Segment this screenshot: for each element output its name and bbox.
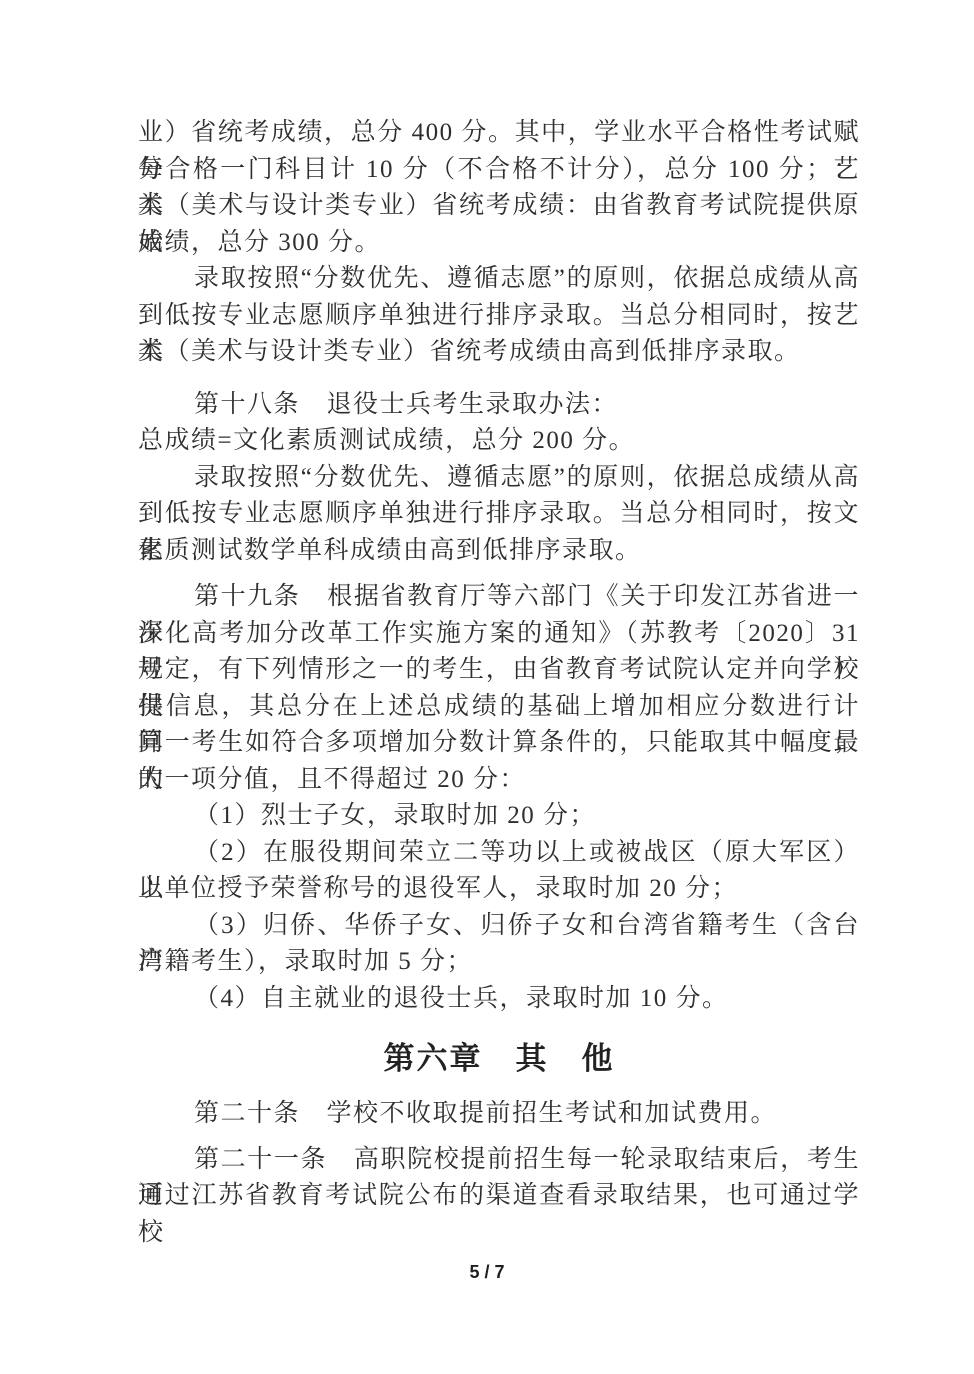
paragraph: 录取按照“分数优先、遵循志愿”的原则，依据总成绩从高到低按专业志愿顺序单独进行排… <box>138 261 860 371</box>
text-line: 第十八条 退役士兵考生录取办法： <box>138 387 860 424</box>
paragraph: 业）省统考成绩，总分 400 分。其中，学业水平合格性考试赋分：每合格一门科目计… <box>138 115 860 261</box>
paragraph: 第二十条 学校不收取提前招生考试和加试费用。 <box>138 1096 860 1133</box>
paragraph: （1）烈士子女，录取时加 20 分； <box>138 798 860 835</box>
text-line: 录取按照“分数优先、遵循志愿”的原则，依据总成绩从高 <box>138 261 860 298</box>
text-line: 供信息，其总分在上述总成绩的基础上增加相应分数进行计算； <box>138 689 860 726</box>
text-line: （3）归侨、华侨子女、归侨子女和台湾省籍考生（含台湾 <box>138 908 860 945</box>
document-body: 业）省统考成绩，总分 400 分。其中，学业水平合格性考试赋分：每合格一门科目计… <box>138 115 860 1215</box>
text-line: 成绩，总分 300 分。 <box>138 225 860 262</box>
text-line: 每合格一门科目计 10 分（不合格不计分），总分 100 分；艺术 <box>138 152 860 189</box>
text-line: 录取按照“分数优先、遵循志愿”的原则，依据总成绩从高 <box>138 460 860 497</box>
paragraph: （2）在服役期间荣立二等功以上或被战区（原大军区）以上单位授予荣誉称号的退役军人… <box>138 835 860 908</box>
paragraph: （3）归侨、华侨子女、归侨子女和台湾省籍考生（含台湾户籍考生），录取时加 5 分… <box>138 908 860 981</box>
text-line: 规定，有下列情形之一的考生，由省教育考试院认定并向学校提 <box>138 652 860 689</box>
text-line: （2）在服役期间荣立二等功以上或被战区（原大军区）以 <box>138 835 860 872</box>
paragraph: 第二十一条 高职院校提前招生每一轮录取结束后，考生可通过江苏省教育考试院公布的渠… <box>138 1142 860 1215</box>
text-line: 第十九条 根据省教育厅等六部门《关于印发江苏省进一步 <box>138 579 860 616</box>
document-page: 业）省统考成绩，总分 400 分。其中，学业水平合格性考试赋分：每合格一门科目计… <box>0 0 974 1374</box>
text-line: 到低按专业志愿顺序单独进行排序录取。当总分相同时，按文化 <box>138 496 860 533</box>
text-line: 类（美术与设计类专业）省统考成绩由高到低排序录取。 <box>138 334 860 371</box>
paragraph: 录取按照“分数优先、遵循志愿”的原则，依据总成绩从高到低按专业志愿顺序单独进行排… <box>138 460 860 570</box>
text-line: 业）省统考成绩，总分 400 分。其中，学业水平合格性考试赋分： <box>138 115 860 152</box>
paragraph: 第十八条 退役士兵考生录取办法： <box>138 387 860 424</box>
text-line: 上单位授予荣誉称号的退役军人，录取时加 20 分； <box>138 871 860 908</box>
text-line: 深化高考加分改革工作实施方案的通知》（苏教考〔2020〕31 号） <box>138 616 860 653</box>
text-line: 第二十一条 高职院校提前招生每一轮录取结束后，考生可 <box>138 1142 860 1179</box>
text-line: 类（美术与设计类专业）省统考成绩：由省教育考试院提供原始 <box>138 188 860 225</box>
text-line: 的一项分值，且不得超过 20 分： <box>138 762 860 799</box>
chapter-heading: 第六章 其 他 <box>138 1037 860 1081</box>
text-line: 户籍考生），录取时加 5 分； <box>138 944 860 981</box>
paragraph: 总成绩=文化素质测试成绩，总分 200 分。 <box>138 423 860 460</box>
text-line: 第二十条 学校不收取提前招生考试和加试费用。 <box>138 1096 860 1133</box>
text-line: 到低按专业志愿顺序单独进行排序录取。当总分相同时，按艺术 <box>138 298 860 335</box>
paragraph: 第十九条 根据省教育厅等六部门《关于印发江苏省进一步深化高考加分改革工作实施方案… <box>138 579 860 798</box>
paragraph: （4）自主就业的退役士兵，录取时加 10 分。 <box>138 981 860 1018</box>
text-line: 通过江苏省教育考试院公布的渠道查看录取结果，也可通过学校 <box>138 1178 860 1215</box>
page-number: 5 / 7 <box>0 1262 974 1283</box>
text-line: （4）自主就业的退役士兵，录取时加 10 分。 <box>138 981 860 1018</box>
text-line: 总成绩=文化素质测试成绩，总分 200 分。 <box>138 423 860 460</box>
text-line: （1）烈士子女，录取时加 20 分； <box>138 798 860 835</box>
text-line: 素质测试数学单科成绩由高到低排序录取。 <box>138 533 860 570</box>
text-line: 同一考生如符合多项增加分数计算条件的，只能取其中幅度最大 <box>138 725 860 762</box>
